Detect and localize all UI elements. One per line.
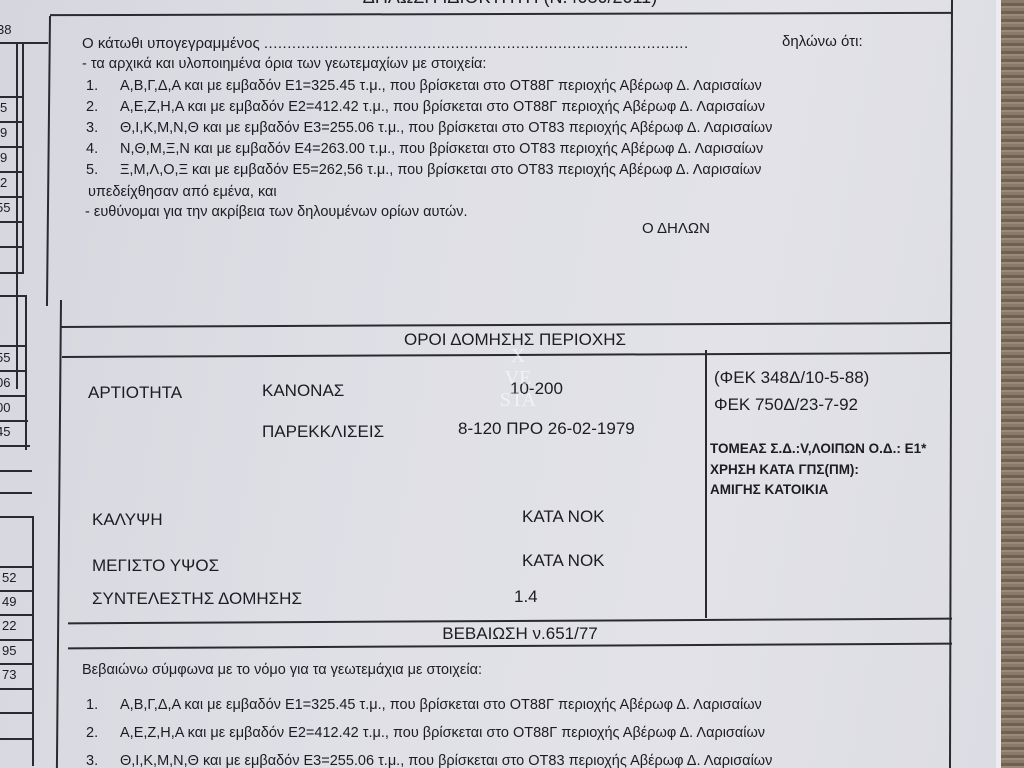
parcel-row: 3.Θ,Ι,Κ,Μ,Ν,Θ και με εμβαδόν Ε3=255.06 τ… <box>86 120 772 136</box>
tomeas-text: ΤΟΜΕΑΣ Σ.Δ.:V,ΛΟΙΠΩΝ Ο.Δ.: Ε1* <box>710 441 926 456</box>
parcel-text: Α,Β,Γ,Δ,Α και με εμβαδόν Ε1=325.45 τ.μ.,… <box>120 697 762 713</box>
parcel-row: 4.Ν,Θ,Μ,Ξ,Ν και με εμβαδόν Ε4=263.00 τ.μ… <box>86 141 763 157</box>
side-number: 22 <box>2 618 16 633</box>
column-divider <box>705 350 707 618</box>
divider <box>60 322 952 328</box>
document-sheet: 38 5 9 9 2 55 55 06 00 45 52 49 <box>0 0 1000 768</box>
side-number: 49 <box>2 594 16 609</box>
side-number: 95 <box>2 643 16 658</box>
artiotita-label: ΑΡΤΙΟΤΗΤΑ <box>88 383 182 403</box>
parcel-row: 2.Α,Ε,Ζ,Η,Α και με εμβαδόν Ε2=412.42 τ.μ… <box>86 99 765 115</box>
side-number: 9 <box>0 125 7 140</box>
side-number: 06 <box>0 375 10 390</box>
wooden-table-background <box>1000 0 1024 768</box>
parcel-text: Θ,Ι,Κ,Μ,Ν,Θ και με εμβαδόν Ε3=255.06 τ.μ… <box>120 753 772 768</box>
parcel-row: 2.Α,Ε,Ζ,Η,Α και με εμβαδόν Ε2=412.42 τ.μ… <box>86 725 765 741</box>
parcel-row: 1.Α,Β,Γ,Δ,Α και με εμβαδόν Ε1=325.45 τ.μ… <box>86 697 762 713</box>
parcel-number: 2. <box>86 99 120 115</box>
shown-line: υπεδείχθησαν από εμένα, και <box>88 184 277 200</box>
parcel-row: 3.Θ,Ι,Κ,Μ,Ν,Θ και με εμβαδόν Ε3=255.06 τ… <box>86 753 772 768</box>
declaration-intro: Ο κάτωθι υπογεγραμμένος ................… <box>82 35 689 52</box>
syntelestis-value: 1.4 <box>514 587 538 607</box>
frame-right-border <box>949 0 953 768</box>
side-number: 73 <box>2 667 16 682</box>
megisto-ypsos-value: ΚΑΤΑ ΝΟΚ <box>522 551 605 571</box>
side-number: 9 <box>0 150 7 165</box>
parcel-number: 3. <box>86 120 120 136</box>
divider <box>50 12 952 16</box>
side-number: 52 <box>2 570 16 585</box>
declaration-header: ΔΗΛΩΣΗ ΙΔΙΟΚΤΗΤΗ (Ν.4030/2011) <box>300 0 720 8</box>
side-number: 55 <box>0 350 10 365</box>
syntelestis-label: ΣΥΝΤΕΛΕΣΤΗΣ ΔΟΜΗΣΗΣ <box>92 589 302 609</box>
kanonas-label: ΚΑΝΟΝΑΣ <box>262 381 344 401</box>
parcel-row: 5.Ξ,Μ,Λ,Ο,Ξ και με εμβαδόν Ε5=262,56 τ.μ… <box>86 162 761 178</box>
chrisi-label: ΧΡΗΣΗ ΚΑΤΑ ΓΠΣ(ΠΜ): <box>710 462 859 477</box>
certification-title: ΒΕΒΑΙΩΣΗ ν.651/77 <box>300 624 740 644</box>
declaration-intro-right: δηλώνω ότι: <box>782 33 863 50</box>
side-number: 55 <box>0 200 10 215</box>
signatory-label: Ο ΔΗΛΩΝ <box>642 220 710 237</box>
adjacent-sheet-strip: 38 5 9 9 2 55 55 06 00 45 52 49 <box>0 0 60 768</box>
side-number: 2 <box>0 175 7 190</box>
parcel-number: 5. <box>86 162 120 178</box>
parcel-text: Θ,Ι,Κ,Μ,Ν,Θ και με εμβαδόν Ε3=255.06 τ.μ… <box>120 120 772 136</box>
megisto-ypsos-label: ΜΕΓΙΣΤΟ ΥΨΟΣ <box>92 556 219 576</box>
side-number: 45 <box>0 424 10 439</box>
kalypsi-label: ΚΑΛΥΨΗ <box>92 510 163 530</box>
parcel-text: Α,Ε,Ζ,Η,Α και με εμβαδόν Ε2=412.42 τ.μ.,… <box>120 99 765 115</box>
parekkliseis-label: ΠΑΡΕΚΚΛΙΣΕΙΣ <box>262 422 384 442</box>
boundaries-line: - τα αρχικά και υλοποιημένα όρια των γεω… <box>82 56 486 72</box>
parcel-number: 3. <box>86 753 120 768</box>
side-number: 00 <box>0 400 10 415</box>
parcel-text: Ν,Θ,Μ,Ξ,Ν και με εμβαδόν Ε4=263.00 τ.μ.,… <box>120 141 763 157</box>
parcel-number: 2. <box>86 725 120 741</box>
parcel-row: 1.Α,Β,Γ,Δ,Α και με εμβαδόν Ε1=325.45 τ.μ… <box>86 78 762 94</box>
signature-blank: ........................................… <box>264 35 689 52</box>
kalypsi-value: ΚΑΤΑ ΝΟΚ <box>522 507 605 527</box>
parcel-number: 4. <box>86 141 120 157</box>
responsibility-line: - ευθύνομαι για την ακρίβεια των δηλουμέ… <box>85 204 468 220</box>
parcel-number: 1. <box>86 697 120 713</box>
parcel-number: 1. <box>86 78 120 94</box>
fek-reference-2: ΦΕΚ 750Δ/23-7-92 <box>714 395 858 415</box>
parcel-text: Α,Β,Γ,Δ,Α και με εμβαδόν Ε1=325.45 τ.μ.,… <box>120 78 762 94</box>
parekkliseis-value: 8-120 ΠΡΟ 26-02-1979 <box>458 419 635 439</box>
certification-intro: Βεβαιώνω σύμφωνα με το νόμο για τα γεωτε… <box>82 662 482 678</box>
side-number: 5 <box>0 100 7 115</box>
fek-reference-1: (ΦΕΚ 348Δ/10-5-88) <box>714 368 869 388</box>
intro-text: Ο κάτωθι υπογεγραμμένος <box>82 35 260 52</box>
parcel-text: Α,Ε,Ζ,Η,Α και με εμβαδόν Ε2=412.42 τ.μ.,… <box>120 725 765 741</box>
parcel-text: Ξ,Μ,Λ,Ο,Ξ και με εμβαδόν Ε5=262,56 τ.μ.,… <box>120 162 761 178</box>
paper-edge <box>996 0 1001 768</box>
watermark: Χ VE STA <box>488 345 548 411</box>
chrisi-value: ΑΜΙΓΗΣ ΚΑΤΟΙΚΙΑ <box>710 482 828 497</box>
side-number: 38 <box>0 22 11 37</box>
